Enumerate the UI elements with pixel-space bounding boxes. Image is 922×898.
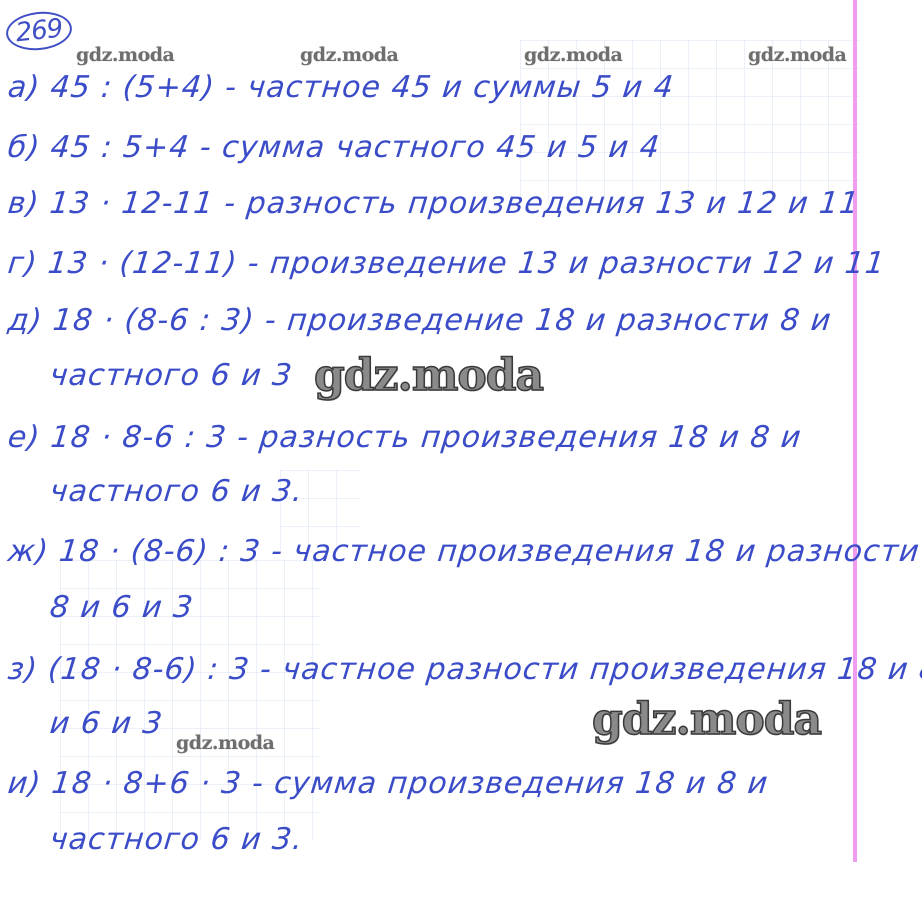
answer-line-e: е) 18 · 8-6 : 3 - разность произведения … [6,420,803,455]
watermark: gdz.moda [524,44,622,66]
answer-line-d-continued: частного 6 и 3 [48,358,294,393]
answer-line-a: а) 45 : (5+4) - частное 45 и суммы 5 и 4 [6,70,676,105]
watermark-large: gdz.moda [592,694,821,745]
answer-line-e-continued: частного 6 и 3. [48,474,305,509]
answer-line-b: б) 45 : 5+4 - сумма частного 45 и 5 и 4 [6,130,662,165]
answer-line-d: д) 18 · (8-6 : 3) - произведение 18 и ра… [6,303,833,338]
answer-line-g: г) 13 · (12-11) - произведение 13 и разн… [6,246,887,281]
answer-line-i-continued: частного 6 и 3. [48,822,305,857]
answer-line-zh-continued: 8 и 6 и 3 [48,590,195,625]
watermark: gdz.moda [76,44,174,66]
answer-line-z-continued: и 6 и 3 [48,706,164,741]
answer-line-z: з) (18 · 8-6) : 3 - частное разности про… [6,652,922,687]
watermark: gdz.moda [300,44,398,66]
watermark: gdz.moda [748,44,846,66]
watermark: gdz.moda [176,732,274,754]
notebook-margin-line [853,0,857,862]
watermark-large: gdz.moda [314,350,543,401]
answer-line-i: и) 18 · 8+6 · 3 - сумма произведения 18 … [6,766,770,801]
answer-line-zh: ж) 18 · (8-6) : 3 - частное произведения… [6,534,921,569]
answer-line-v: в) 13 · 12-11 - разность произведения 13… [6,186,861,221]
task-number: 269 [4,9,74,54]
